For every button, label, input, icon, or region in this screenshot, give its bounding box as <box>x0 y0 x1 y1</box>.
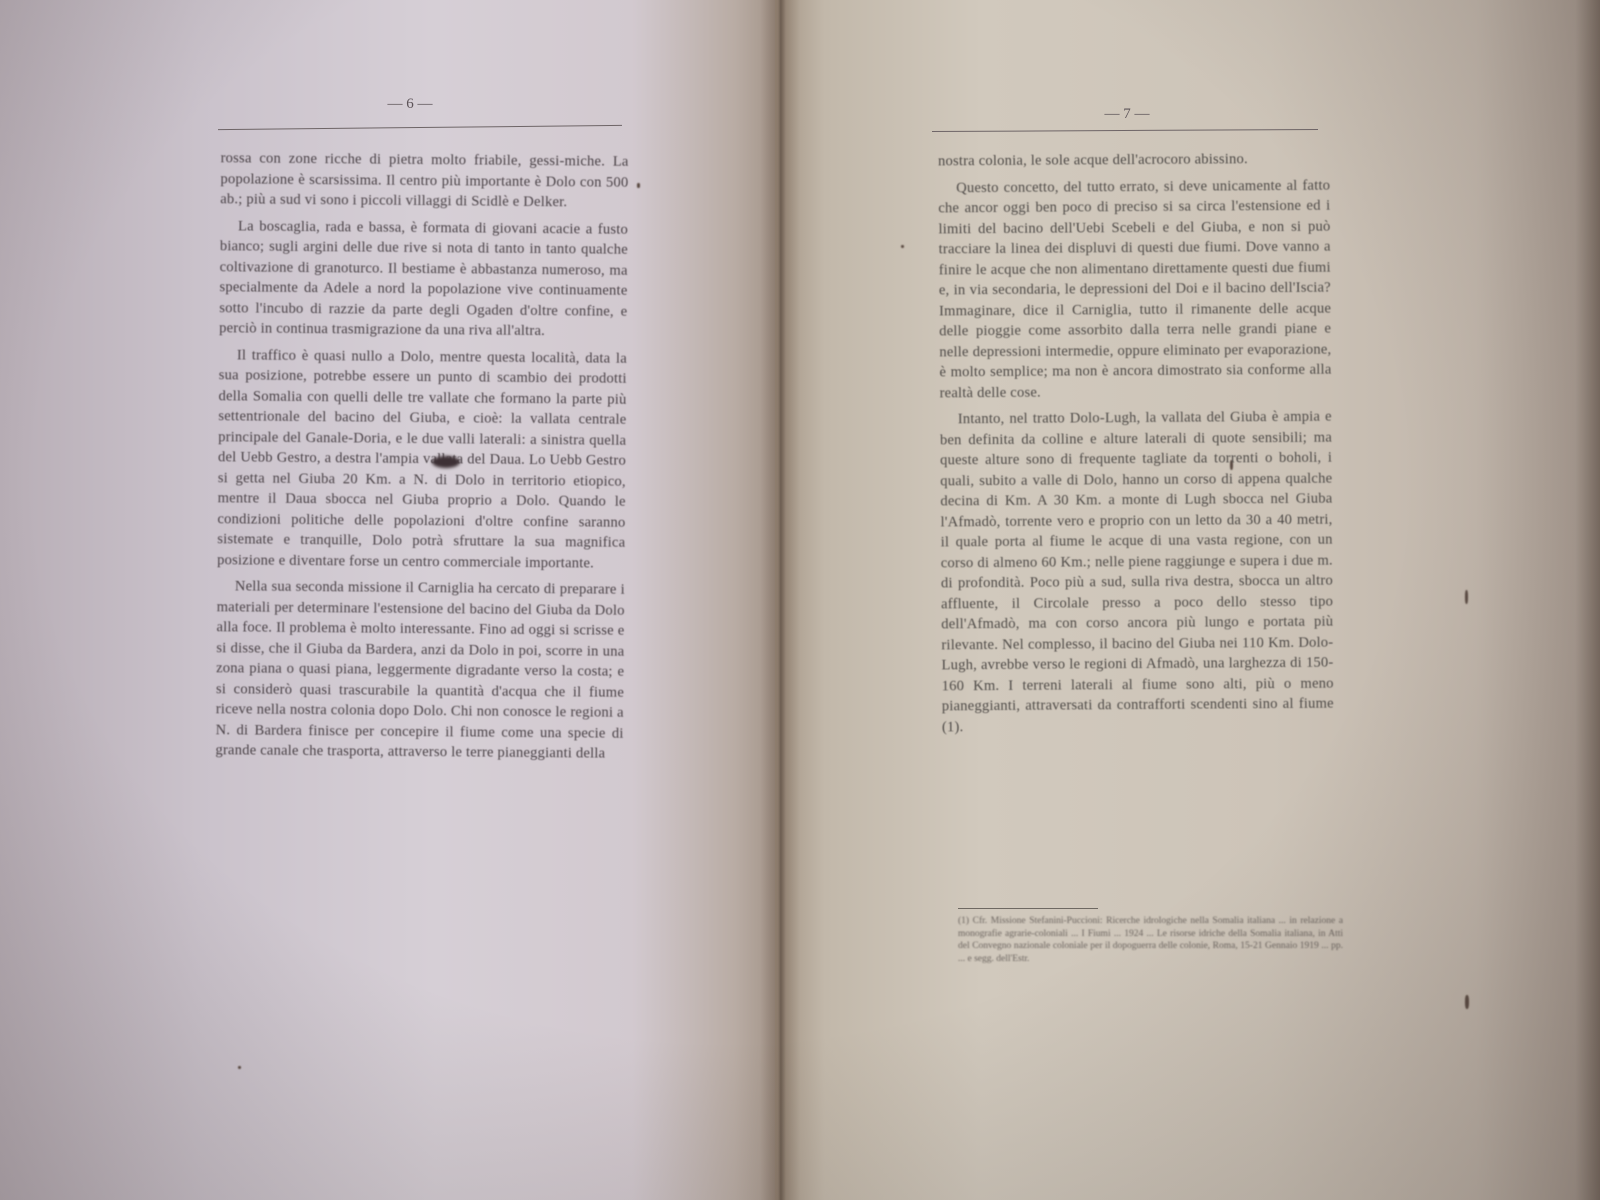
left-page-body: rossa con zone ricche di pietra molto fr… <box>215 148 628 770</box>
header-rule-left <box>218 125 622 130</box>
header-rule-right <box>932 129 1318 132</box>
paper-speck <box>1465 590 1468 604</box>
footnote: (1) Cfr. Missione Stefanini-Puccioni: Ri… <box>958 915 1343 965</box>
paper-speck <box>1465 995 1469 1009</box>
paragraph: La boscaglia, rada e bassa, è formata di… <box>219 216 628 343</box>
paper-speck <box>238 1066 241 1069</box>
paper-speck <box>901 245 904 248</box>
paragraph: Intanto, nel tratto Dolo-Lugh, la vallat… <box>940 407 1334 738</box>
paragraph: Nella sua seconda missione il Carniglia … <box>215 576 625 764</box>
left-page: — 6 — rossa con zone ricche di pietra mo… <box>0 0 790 1200</box>
paragraph: nostra colonia, le sole acque dell'acroc… <box>938 149 1330 172</box>
open-book-spread: — 6 — rossa con zone ricche di pietra mo… <box>0 0 1600 1200</box>
paragraph: rossa con zone ricche di pietra molto fr… <box>220 148 629 213</box>
page-number-right: — 7 — <box>1087 106 1167 123</box>
page-number-left: — 6 — <box>370 96 450 113</box>
paper-speck <box>637 183 640 188</box>
paragraph: Il traffico è quasi nullo a Dolo, mentre… <box>217 345 627 574</box>
right-page-body: nostra colonia, le sole acque dell'acroc… <box>938 149 1334 744</box>
ink-stain <box>432 456 460 468</box>
book-gutter <box>760 0 800 1200</box>
paragraph: Questo concetto, del tutto errato, si de… <box>938 175 1332 403</box>
footnote-rule <box>958 908 1098 909</box>
